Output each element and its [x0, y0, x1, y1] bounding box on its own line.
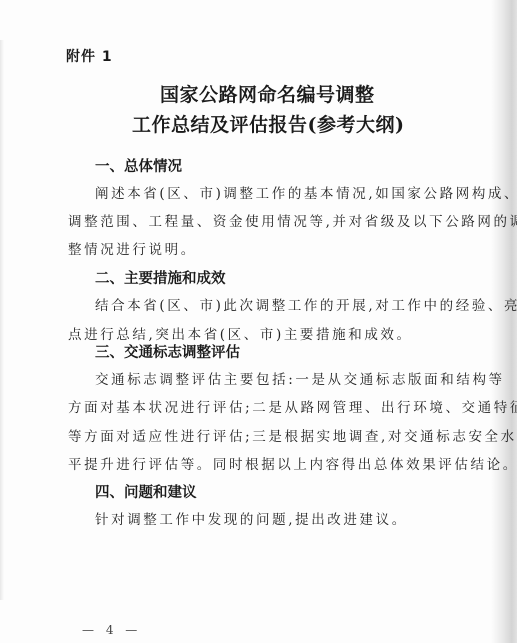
document-title-line-2: 工作总结及评估报告(参考大纲): [132, 116, 404, 135]
paragraph-line: 调整范围、工程量、资金使用情况等,并对省级及以下公路网的调: [68, 216, 517, 230]
paragraph-line: 交通标志调整评估主要包括:一是从交通标志版面和结构等: [95, 374, 505, 388]
section-heading-overview: 一、总体情况: [95, 160, 182, 175]
document-page: 附件 1 国家公路网命名编号调整 工作总结及评估报告(参考大纲) 一、总体情况 …: [0, 0, 517, 643]
paragraph-line: 结合本省(区、市)此次调整工作的开展,对工作中的经验、亮: [95, 300, 517, 314]
paragraph-line: 针对调整工作中发现的问题,提出改进建议。: [95, 514, 408, 528]
page-number: — 4 —: [82, 624, 141, 636]
attachment-label: 附件 1: [66, 50, 113, 64]
paragraph-line: 阐述本省(区、市)调整工作的基本情况,如国家公路网构成、: [95, 188, 517, 202]
paragraph-line: 等方面对适应性进行评估;三是根据实地调查,对交通标志安全水: [68, 431, 517, 445]
paragraph-line: 平提升进行评估等。同时根据以上内容得出总体效果评估结论。: [68, 459, 517, 473]
section-heading-sign-evaluation: 三、交通标志调整评估: [95, 346, 240, 361]
paragraph-line: 方面对基本状况进行评估;二是从路网管理、出行环境、交通特征: [68, 402, 517, 416]
paragraph-line: 点进行总结,突出本省(区、市)主要措施和成效。: [68, 329, 413, 343]
document-title-line-1: 国家公路网命名编号调整: [160, 86, 375, 105]
section-heading-issues: 四、问题和建议: [95, 486, 197, 501]
paragraph-line: 整情况进行说明。: [68, 244, 197, 258]
section-heading-measures: 二、主要措施和成效: [95, 272, 226, 287]
scan-edge-shadow-left: [0, 40, 4, 600]
scan-edge-shadow-right: [491, 0, 517, 643]
